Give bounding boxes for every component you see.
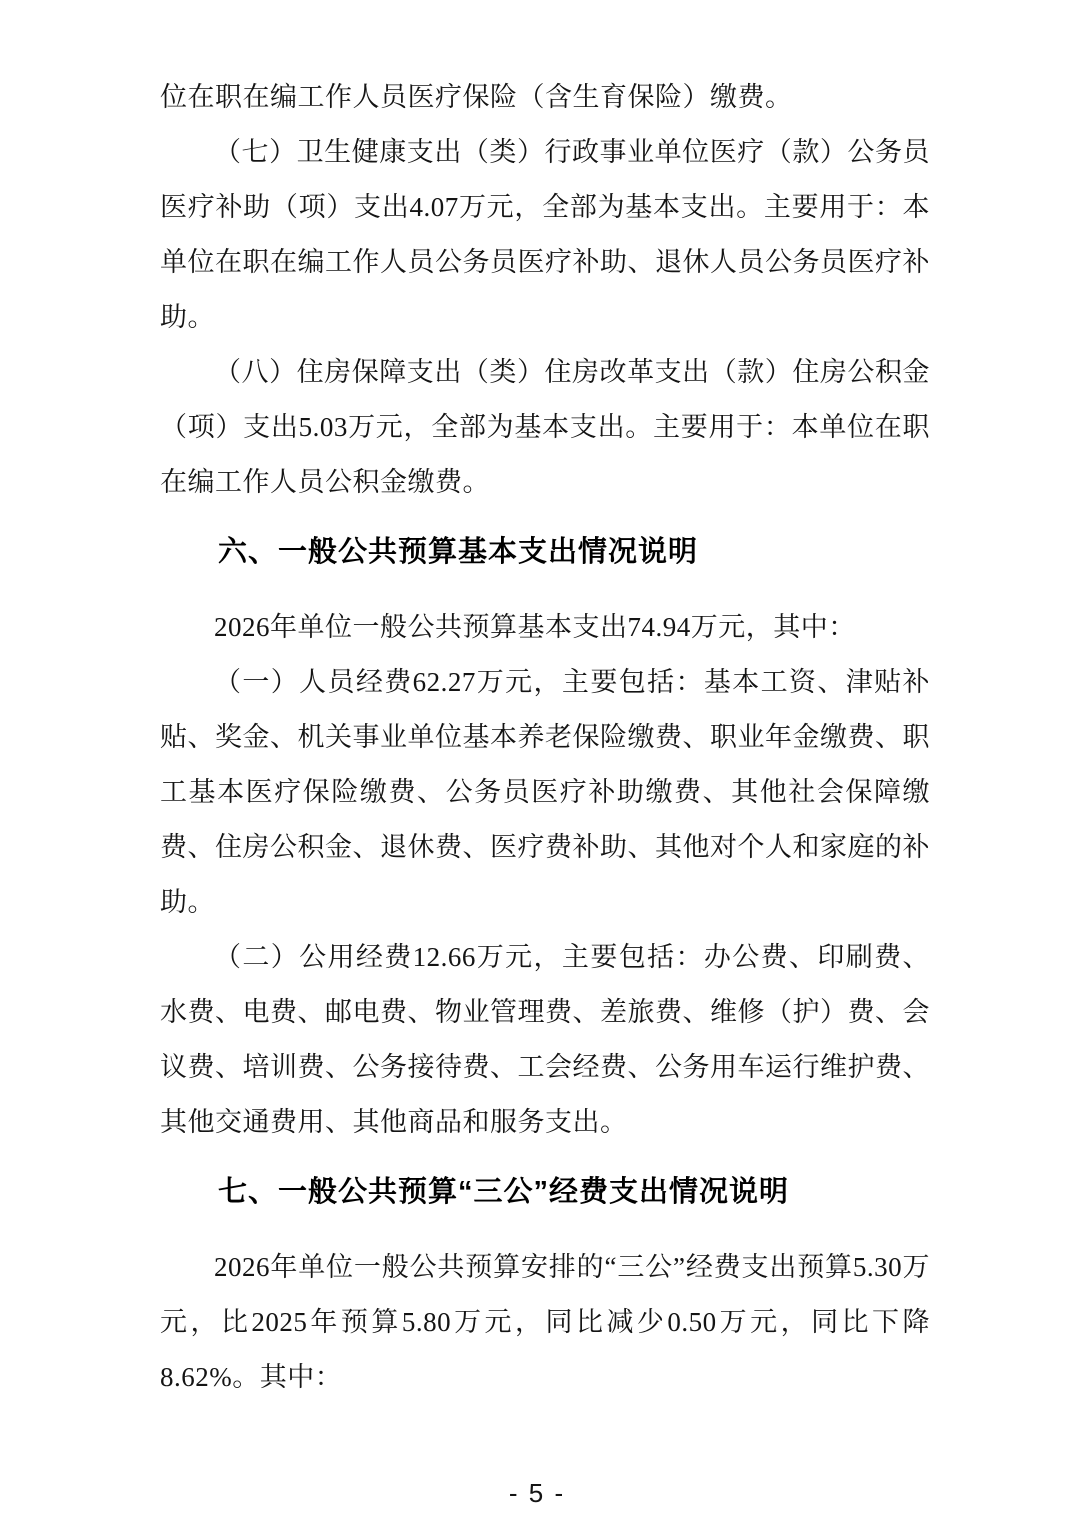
para-basic-expenditure-total: 2026年单位一般公共预算基本支出74.94万元，其中：: [160, 600, 930, 655]
para-item-7-health-expenditure: （七）卫生健康支出（类）行政事业单位医疗（款）公务员医疗补助（项）支出4.07万…: [160, 125, 930, 345]
para-item-2-public-funds: （二）公用经费12.66万元，主要包括：办公费、印刷费、水费、电费、邮电费、物业…: [160, 930, 930, 1150]
para-three-public-funds-budget: 2026年单位一般公共预算安排的“三公”经费支出预算5.30万元，比2025年预…: [160, 1240, 930, 1405]
heading-section-7-three-public-funds: 七、一般公共预算“三公”经费支出情况说明: [160, 1165, 930, 1220]
document-page: 位在职在编工作人员医疗保险（含生育保险）缴费。 （七）卫生健康支出（类）行政事业…: [0, 0, 1074, 1520]
page-number: - 5 -: [0, 1476, 1074, 1510]
para-item-1-personnel-funds: （一）人员经费62.27万元，主要包括：基本工资、津贴补贴、奖金、机关事业单位基…: [160, 655, 930, 930]
heading-section-6-basic-expenditure: 六、一般公共预算基本支出情况说明: [160, 525, 930, 580]
para-item-8-housing-expenditure: （八）住房保障支出（类）住房改革支出（款）住房公积金（项）支出5.03万元，全部…: [160, 345, 930, 510]
para-continuation-medical-insurance: 位在职在编工作人员医疗保险（含生育保险）缴费。: [160, 70, 930, 125]
